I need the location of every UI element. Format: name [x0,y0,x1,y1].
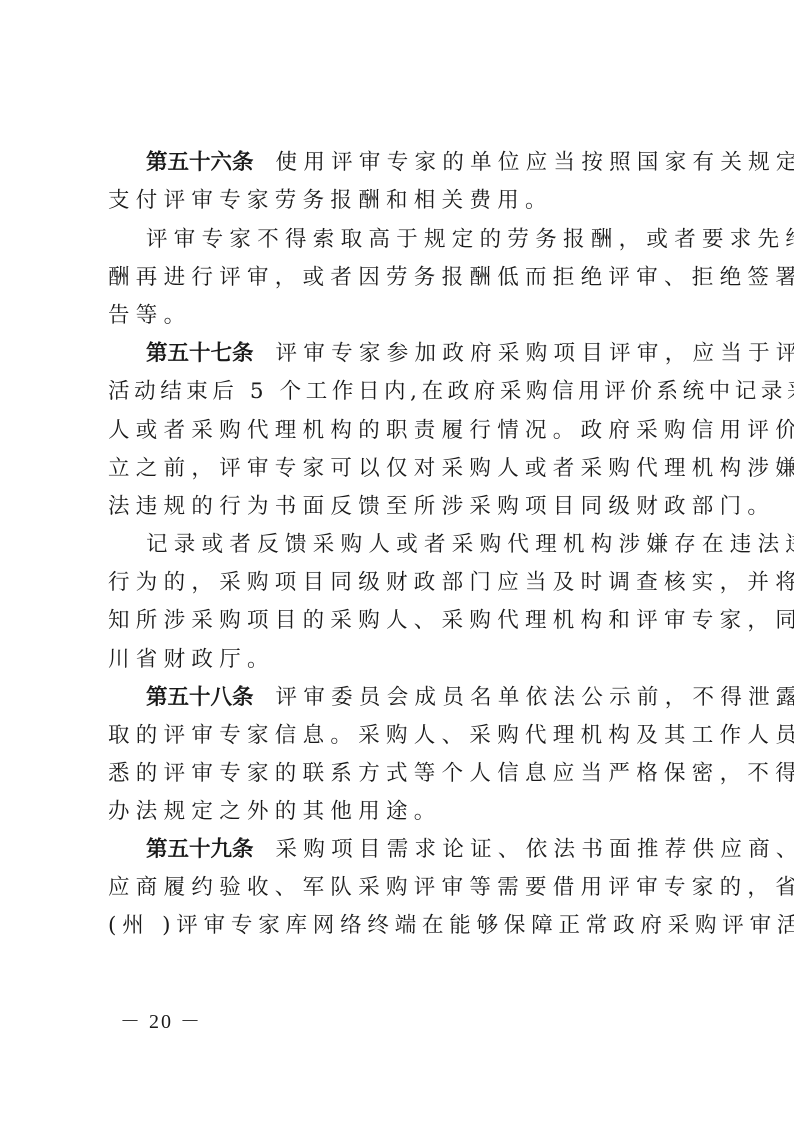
document-page: 第五十六条使用评审专家的单位应当按照国家有关规定， 支付评审专家劳务报酬和相关费… [0,0,794,1123]
article-58-line-1: 第五十八条评审委员会成员名单依法公示前，不得泄露抽 [146,683,736,713]
article-59-text: 采购项目需求论证、依法书面推荐供应商、供 [276,837,794,862]
article-57-line-4: 立之前，评审专家可以仅对采购人或者采购代理机构涉嫌存在违 [108,454,698,484]
article-57-text: 评审专家参加政府采购项目评审，应当于评审 [276,341,794,366]
article-56-text: 使用评审专家的单位应当按照国家有关规定， [276,150,794,175]
article-58-line-3: 悉的评审专家的联系方式等个人信息应当严格保密，不得用于本 [108,759,698,789]
article-57-line-5: 法违规的行为书面反馈至所涉采购项目同级财政部门。 [108,492,698,522]
article-57-line-2: 活动结束后 5 个工作日内,在政府采购信用评价系统中记录采购 [108,377,698,407]
article-56-para-2-line-2: 酬再进行评审，或者因劳务报酬低而拒绝评审、拒绝签署评审报 [108,263,698,293]
article-57-title: 第五十七条 [146,341,254,366]
article-57-para-2-line-1: 记录或者反馈采购人或者采购代理机构涉嫌存在违法违规 [146,530,736,560]
article-56-line-1: 第五十六条使用评审专家的单位应当按照国家有关规定， [146,148,736,178]
article-56-para-2-line-1: 评审专家不得索取高于规定的劳务报酬，或者要求先给付报 [146,225,736,255]
article-57-line-3: 人或者采购代理机构的职责履行情况。政府采购信用评价系统建 [108,416,698,446]
article-57-para-2-line-3: 知所涉采购项目的采购人、采购代理机构和评审专家，同时报四 [108,606,698,636]
article-58-line-4: 办法规定之外的其他用途。 [108,797,698,827]
article-59-line-2: 应商履约验收、军队采购评审等需要借用评审专家的，省级和市 [108,873,698,903]
article-57-para-2-line-2: 行为的，采购项目同级财政部门应当及时调查核实，并将结果告 [108,568,698,598]
article-58-line-2: 取的评审专家信息。采购人、采购代理机构及其工作人员对于获 [108,721,698,751]
article-59-title: 第五十九条 [146,837,254,862]
article-56-title: 第五十六条 [146,150,254,175]
article-56-para-2-line-3: 告等。 [108,301,698,331]
article-56-line-2: 支付评审专家劳务报酬和相关费用。 [108,186,698,216]
article-58-title: 第五十八条 [146,685,254,710]
article-58-text: 评审委员会成员名单依法公示前，不得泄露抽 [276,685,794,710]
article-59-line-1: 第五十九条采购项目需求论证、依法书面推荐供应商、供 [146,835,736,865]
article-59-line-3: (州 )评审专家库网络终端在能够保障正常政府采购评审活动需要 [108,911,698,941]
article-57-para-2-line-4: 川省财政厅。 [108,645,698,675]
article-57-line-1: 第五十七条评审专家参加政府采购项目评审，应当于评审 [146,339,736,369]
page-number: － 20 － [120,1005,202,1034]
